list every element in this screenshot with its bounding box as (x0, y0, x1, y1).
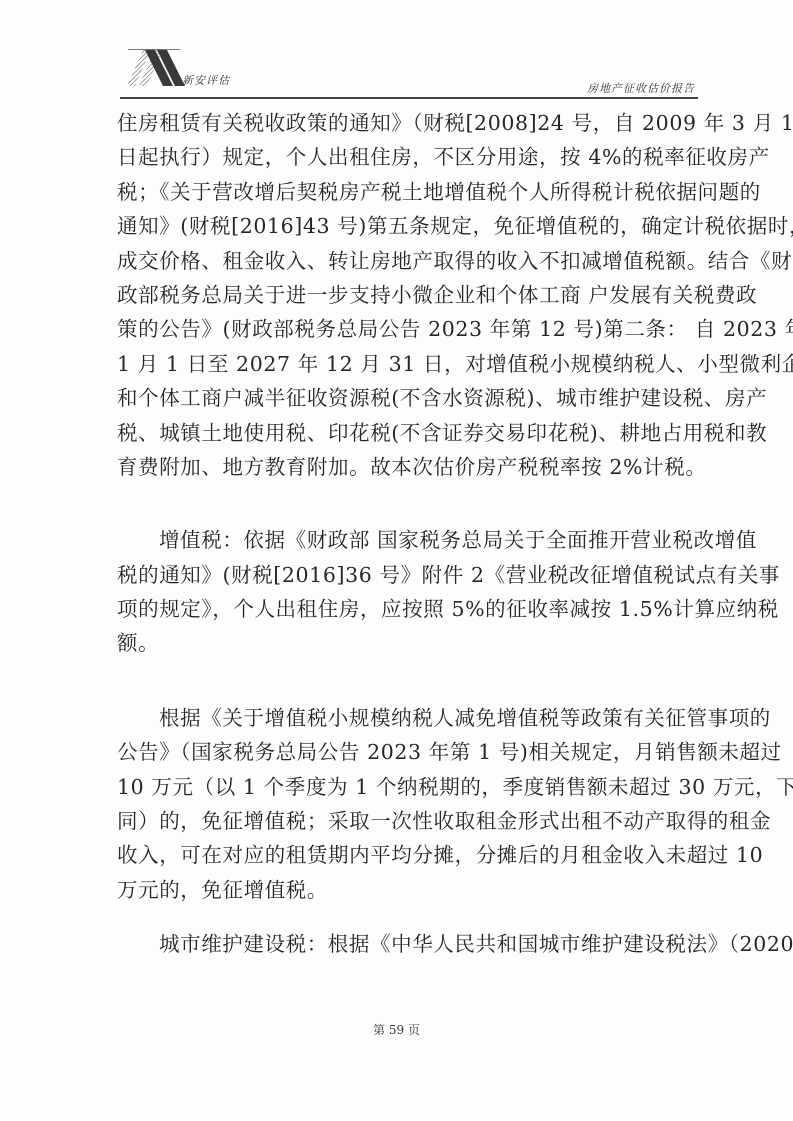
page-number: 第 59 页 (0, 1021, 793, 1038)
text-line: 和个体工商户减半征收资源税(不含水资源税)、城市维护建设税、房产 (117, 381, 695, 415)
paragraph-gap (117, 907, 695, 927)
text-line: 公告》（国家税务总局公告 2023 年第 1 号)相关规定，月销售额未超过 (117, 735, 695, 769)
paragraph-gap (117, 484, 695, 523)
text-line: 税、城镇土地使用税、印花税(不含证券交易印花税)、耕地占用税和教 (117, 416, 695, 450)
text-line: 税；《关于营改增后契税房产税土地增值税个人所得税计税依据问题的 (117, 175, 695, 209)
paragraph-gap (117, 661, 695, 701)
text-line: 根据《关于增值税小规模纳税人减免增值税等政策有关征管事项的 (117, 701, 695, 735)
company-name: 新安评估 (182, 72, 230, 88)
paragraph-small-taxpayer: 根据《关于增值税小规模纳税人减免增值税等政策有关征管事项的 公告》（国家税务总局… (117, 701, 695, 907)
header-divider (120, 97, 698, 99)
paragraph-vat: 增值税：依据《财政部 国家税务总局关于全面推开营业税改增值 税的通知》(财税[2… (117, 523, 695, 661)
text-line: 增值税：依据《财政部 国家税务总局关于全面推开营业税改增值 (117, 523, 695, 557)
text-line: 额。 (117, 626, 695, 660)
paragraph-urban-maintenance-tax: 城市维护建设税：根据《中华人民共和国城市维护建设税法》（2020 (117, 927, 695, 961)
text-line: 政部税务总局关于进一步支持小微企业和个体工商 户发展有关税费政 (117, 278, 695, 312)
text-line: 10 万元（以 1 个季度为 1 个纳税期的，季度销售额未超过 30 万元，下 (117, 770, 695, 804)
text-line: 税的通知》(财税[2016]36 号》附件 2《营业税改征增值税试点有关事 (117, 558, 695, 592)
text-line: 万元的，免征增值税。 (117, 873, 695, 907)
text-line: 育费附加、地方教育附加。故本次估价房产税税率按 2%计税。 (117, 450, 695, 484)
text-line: 项的规定》，个人出租住房，应按照 5%的征收率减按 1.5%计算应纳税 (117, 592, 695, 626)
text-line: 城市维护建设税：根据《中华人民共和国城市维护建设税法》（2020 (117, 927, 695, 961)
text-line: 住房租赁有关税收政策的通知》（财税[2008]24 号，自 2009 年 3 月… (117, 106, 695, 140)
paragraph-housing-tax: 住房租赁有关税收政策的通知》（财税[2008]24 号，自 2009 年 3 月… (117, 106, 695, 484)
report-title: 房地产征收估价报告 (587, 80, 695, 96)
text-line: 同）的，免征增值税；采取一次性收取租金形式出租不动产取得的租金 (117, 804, 695, 838)
company-logo-icon (125, 48, 185, 88)
text-line: 1 月 1 日至 2027 年 12 月 31 日，对增值税小规模纳税人、小型微… (117, 347, 695, 381)
text-line: 策的公告》(财政部税务总局公告 2023 年第 12 号)第二条： 自 2023… (117, 312, 695, 346)
body-text: 住房租赁有关税收政策的通知》（财税[2008]24 号，自 2009 年 3 月… (117, 106, 695, 962)
text-line: 通知》(财税[2016]43 号)第五条规定，免征增值税的，确定计税依据时， (117, 209, 695, 243)
text-line: 成交价格、租金收入、转让房地产取得的收入不扣减增值税额。结合《财 (117, 244, 695, 278)
text-line: 日起执行）规定，个人出租住房，不区分用途，按 4%的税率征收房产 (117, 140, 695, 174)
text-line: 收入，可在对应的租赁期内平均分摊，分摊后的月租金收入未超过 10 (117, 838, 695, 872)
document-page: 新安评估 房地产征收估价报告 住房租赁有关税收政策的通知》（财税[2008]24… (0, 0, 793, 1121)
